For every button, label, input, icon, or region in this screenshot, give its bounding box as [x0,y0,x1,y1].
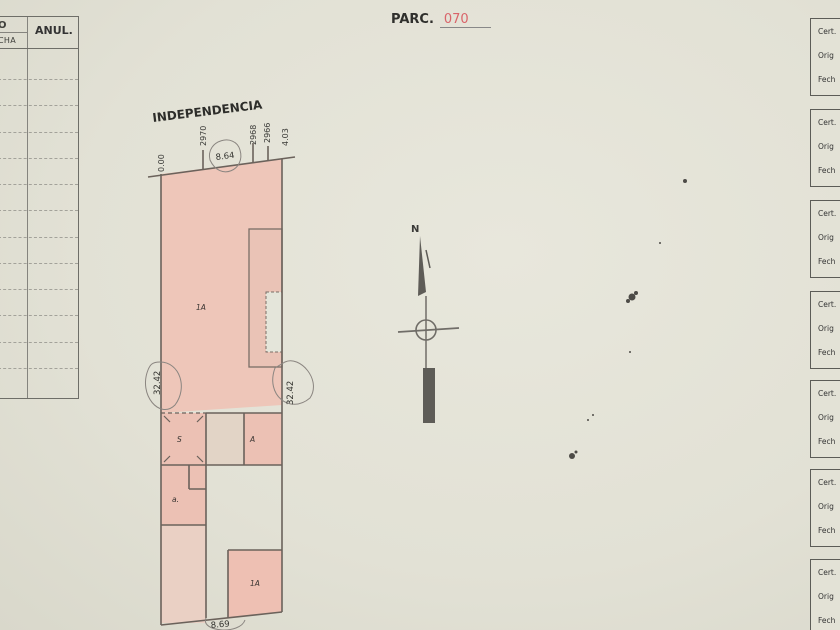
certificate-card: Cert. Orig Fech [810,380,840,458]
certificate-card: Cert. Orig Fech [810,109,840,187]
svg-text:N: N [411,224,419,235]
certificate-card: Cert. Orig Fech [810,291,840,369]
certificate-card: Cert. Orig Fech [810,200,840,278]
area-label: 1A [250,579,260,588]
street-number: 2968 [249,125,258,145]
back-width: 8.69 [210,619,230,630]
area-label: A [249,435,255,444]
left-depth: 32.42 [153,371,163,395]
street-number: 2970 [199,126,208,146]
right-depth: 32.42 [286,381,296,405]
certificate-card: Cert. Orig Fech [810,469,840,547]
north-arrow-icon: N [398,224,459,423]
front-width: 8.64 [215,151,235,163]
certificate-card: Cert. Orig Fech [810,559,840,630]
street-name: INDEPENDENCIA [152,98,264,125]
street-number: 4.03 [281,128,290,146]
area-label: 1A [196,303,206,312]
parcel-plan-drawing: INDEPENDENCIA 0.00 2970 2968 2966 4.03 8… [0,0,840,630]
area-label: a. [172,495,179,504]
street-number: 2966 [263,123,272,143]
area-label: S [177,435,182,444]
street-number: 0.00 [157,154,166,172]
certificate-card: Cert. Orig Fech [810,18,840,96]
